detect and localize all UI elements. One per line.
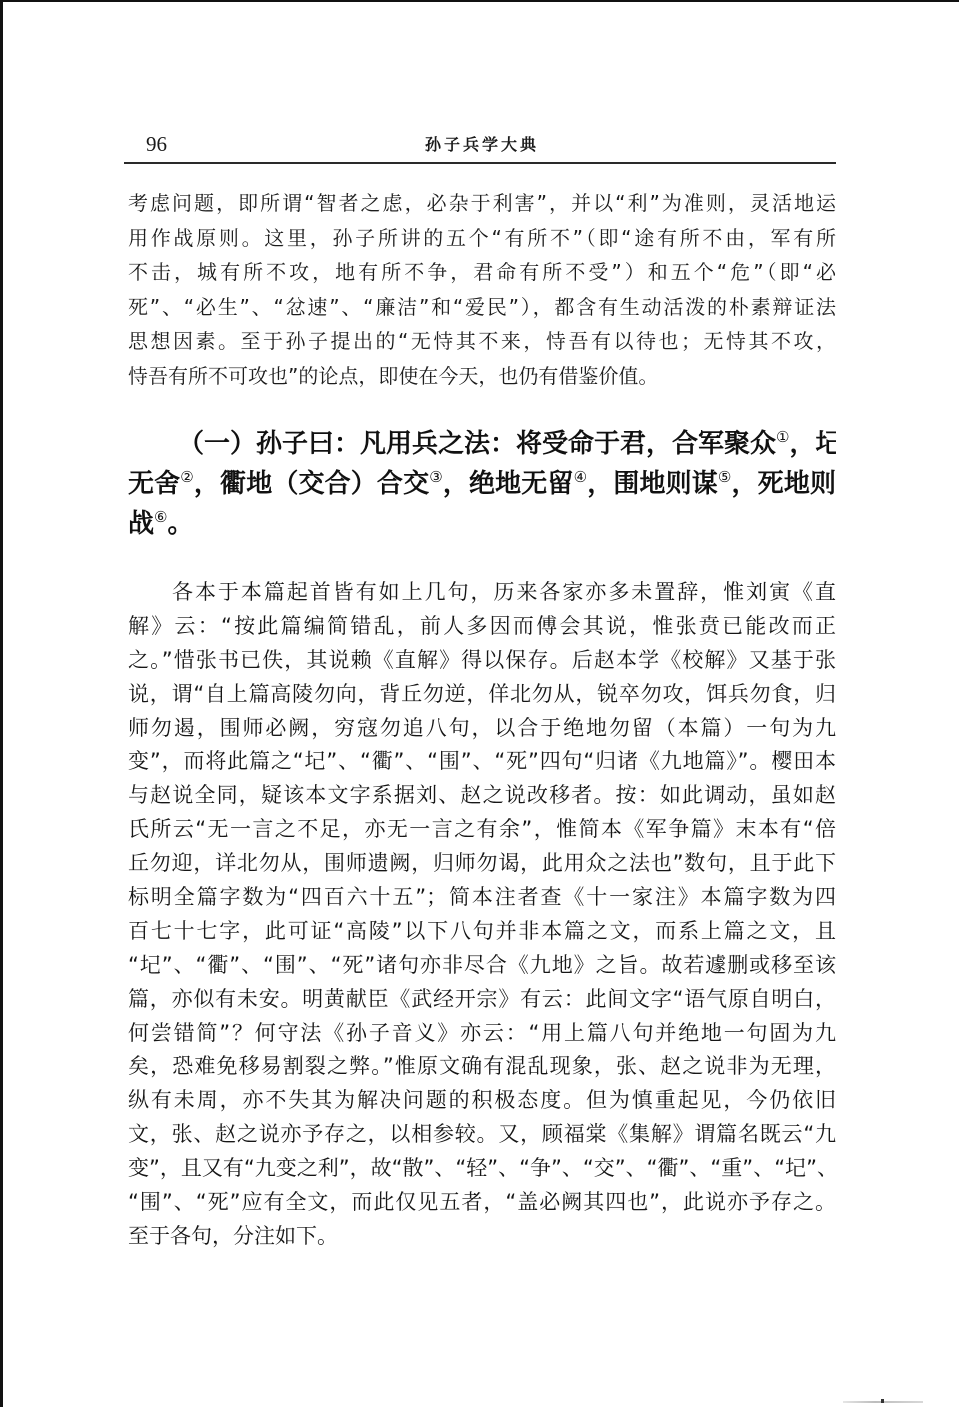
text-line: 师勿遏，围师必阙，穷寇勿追八句，以合于绝地勿留（本篇）一句为九 [128,712,836,746]
heading-text: 无舍 [128,469,180,499]
book-title: 孙子兵学大典 [128,132,836,155]
text-line: 篇，亦似有未安。明黄献臣《武经开宗》有云：此间文字“语气原自明白， [128,983,836,1017]
heading-text: （一）孙子曰：凡用兵之法：将受命于君，合军聚众 [178,429,776,459]
heading-line: （一）孙子曰：凡用兵之法：将受命于君，合军聚众①，圮地 [128,424,836,464]
text-line: 氏所云“无一言之不足，亦无一言之有余”，惟简本《军争篇》末本有“倍 [128,813,836,847]
footnote-marker: ⑤ [718,468,732,486]
text-line: 死”、“必生”、“忿速”、“廉洁”和“爱民”），都含有生动活泼的朴素辩证法 [128,290,836,325]
heading-text: 。 [167,509,193,539]
text-line: 矣，恐难免移易割裂之弊。”惟原文确有混乱现象，张、赵之说非为无理， [128,1050,836,1084]
text-line: 不击，城有所不攻，地有所不争，君命有所不受”）和五个“危”（即“必 [128,255,836,290]
text-line: 至于各句，分注如下。 [128,1220,836,1254]
scan-artifact [881,1399,884,1403]
heading-text: ，围地则谋 [587,469,718,499]
text-line: 丘勿迎，详北勿从，围师遗阙，归师勿谒，此用众之法也”数句，且于此下 [128,847,836,881]
text-line: “圮”、“衢”、“围”、“死”诸句亦非尽合《九地》之旨。故若遽删或移至该 [128,949,836,983]
footnote-marker: ④ [574,468,588,486]
footnote-marker: ⑥ [154,508,167,526]
heading-line: 无舍②，衢地（交合）合交③，绝地无留④，围地则谋⑤，死地则 [128,464,836,504]
text-line: 与赵说全同，疑该本文字系据刘、赵之说改移者。按：如此调动，虽如赵 [128,779,836,813]
paragraph-2: 各本于本篇起首皆有如上几句，历来各家亦多未置辞，惟刘寅《直 解》云：“按此篇编简… [128,576,836,1254]
text-line: 何尝错简”？何守法《孙子音义》亦云：“用上篇八句并绝地一句固为九 [128,1017,836,1051]
heading-text: ，衢地（交合）合交 [194,469,429,499]
text-line: 百七十七字，此可证“高陵”以下八句并非本篇之文，而系上篇之文，且 [128,915,836,949]
text-line: 变”，而将此篇之“圮”、“衢”、“围”、“死”四句“归诸《九地篇》”。樱田本 [128,745,836,779]
heading-text: ，绝地无留 [443,469,574,499]
text-line: 解》云：“按此篇编简错乱，前人多因而傅会其说，惟张贲已能改而正 [128,610,836,644]
footnote-marker: ③ [429,468,443,486]
text-line: 用作战原则。这里，孙子所讲的五个“有所不”（即“途有所不由，军有所 [128,221,836,256]
heading-text: ，死地则 [732,469,836,499]
text-line: 思想因素。至于孙子提出的“无恃其不来，恃吾有以待也；无恃其不攻， [128,324,836,359]
section-heading: （一）孙子曰：凡用兵之法：将受命于君，合军聚众①，圮地 无舍②，衢地（交合）合交… [128,424,836,544]
running-header: 96 孙子兵学大典 [128,128,836,160]
header-divider [124,162,836,164]
heading-text: ，圮地 [789,429,836,459]
text-line: 文，张、赵之说亦予存之，以相参较。又，顾福棠《集解》谓篇名既云“九 [128,1118,836,1152]
text-line: 各本于本篇起首皆有如上几句，历来各家亦多未置辞，惟刘寅《直 [128,576,836,610]
text-line: 说，谓“自上篇高陵勿向，背丘勿逆，佯北勿从，锐卒勿攻，饵兵勿食，归 [128,678,836,712]
text-line: “围”、“死”应有全文，而此仅见五者，“盖必阙其四也”，此说亦予存之。 [128,1186,836,1220]
heading-line: 战⑥。 [128,504,836,544]
text-line: 变”，且又有“九变之利”，故“散”、“轻”、“争”、“交”、“衢”、“重”、“圮… [128,1152,836,1186]
text-line: 标明全篇字数为“四百六十五”；简本注者查《十一家注》本篇字数为四 [128,881,836,915]
text-line: 恃吾有所不可攻也”的论点，即使在今天，也仍有借鉴价值。 [128,359,836,394]
text-line: 之。”惜张书已佚，其说赖《直解》得以保存。后赵本学《校解》又基于张 [128,644,836,678]
text-line: 纵有未周，亦不失其为解决问题的积极态度。但为慎重起见，今仍依旧 [128,1084,836,1118]
text-line: 考虑问题，即所谓“智者之虑，必杂于利害”，并以“利”为准则，灵活地运 [128,186,836,221]
footnote-marker: ① [776,428,789,446]
heading-text: 战 [128,509,154,539]
footnote-marker: ② [180,468,194,486]
paragraph-1: 考虑问题，即所谓“智者之虑，必杂于利害”，并以“利”为准则，灵活地运 用作战原则… [128,186,836,393]
